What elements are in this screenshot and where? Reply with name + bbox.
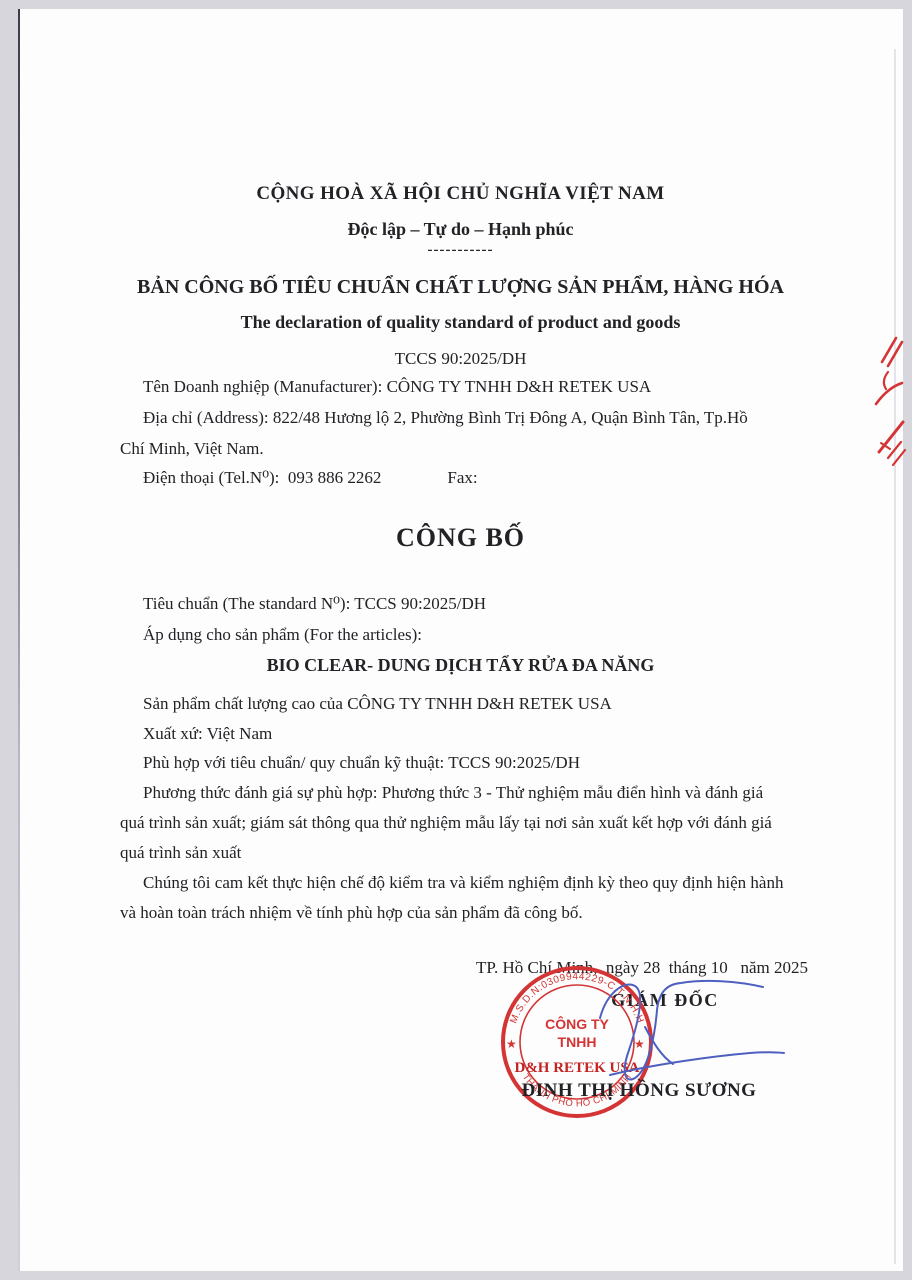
declaration-standard-line: Tiêu chuẩn (The standard N⁰): TCCS 90:20… (143, 594, 486, 614)
origin-line: Xuất xứ: Việt Nam (143, 724, 272, 744)
signature-stroke-underline (610, 1052, 784, 1075)
method-line-1: Phương thức đánh giá sự phù hợp: Phương … (143, 783, 763, 803)
document-title-en: The declaration of quality standard of p… (18, 312, 903, 333)
conformity-line: Phù hợp với tiêu chuẩn/ quy chuẩn kỹ thu… (143, 753, 580, 773)
phone-value: Điện thoại (Tel.N⁰): 093 886 2262 (143, 468, 381, 487)
declaration-articles-line: Áp dụng cho sản phẩm (For the articles): (143, 625, 422, 645)
stamp-star-left: ★ (506, 1037, 517, 1051)
company-name-line: Tên Doanh nghiệp (Manufacturer): CÔNG TY… (143, 377, 651, 397)
edge-mark-slash-4 (888, 442, 901, 458)
company-address-line2: Chí Minh, Việt Nam. (120, 439, 264, 459)
fax-label: Fax: (447, 468, 477, 487)
signature-stroke-main (600, 981, 763, 1080)
edge-mark-slash-5 (893, 450, 905, 465)
company-address-line1: Địa chỉ (Address): 822/48 Hương lộ 2, Ph… (143, 408, 748, 428)
commitment-line-1: Chúng tôi cam kết thực hiện chế độ kiểm … (143, 873, 783, 893)
signer-name: ĐINH THỊ HỒNG SƯƠNG (439, 1080, 839, 1102)
national-motto: Độc lập – Tự do – Hạnh phúc (18, 219, 903, 240)
document-page: CỘNG HOÀ XÃ HỘI CHỦ NGHĨA VIỆT NAM Độc l… (18, 9, 903, 1271)
scanned-document: CỘNG HOÀ XÃ HỘI CHỦ NGHĨA VIỆT NAM Độc l… (0, 0, 912, 1280)
edge-mark-squiggle (884, 372, 888, 389)
signature-ink (575, 972, 805, 1087)
commitment-line-2: và hoàn toàn trách nhiệm về tính phù hợp… (120, 903, 583, 923)
declaration-heading: CÔNG BỐ (18, 523, 903, 553)
edge-mark-slash-3 (879, 422, 903, 452)
edge-stamp-marks (866, 330, 908, 480)
quality-line: Sản phẩm chất lượng cao của CÔNG TY TNHH… (143, 694, 612, 714)
motto-divider: ----------- (18, 242, 903, 259)
method-line-2: quá trình sản xuất; giám sát thông qua t… (120, 813, 772, 833)
method-line-3: quá trình sản xuất (120, 843, 241, 863)
product-name: BIO CLEAR- DUNG DỊCH TẨY RỬA ĐA NĂNG (18, 655, 903, 676)
signature-stroke-cross (645, 1027, 673, 1064)
company-phone-line: Điện thoại (Tel.N⁰): 093 886 2262Fax: (143, 468, 478, 488)
national-title: CỘNG HOÀ XÃ HỘI CHỦ NGHĨA VIỆT NAM (18, 183, 903, 205)
standard-number: TCCS 90:2025/DH (18, 349, 903, 369)
document-title-vi: BẢN CÔNG BỐ TIÊU CHUẨN CHẤT LƯỢNG SẢN PH… (18, 276, 903, 299)
edge-mark-curve (876, 383, 902, 404)
